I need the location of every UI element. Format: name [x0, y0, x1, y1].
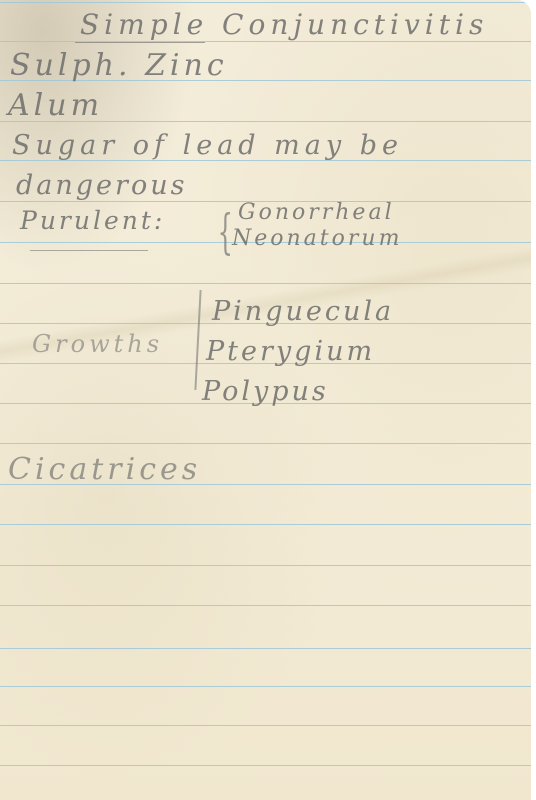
purulent-label: Purulent: [20, 206, 165, 235]
ruled-line [0, 686, 531, 687]
title-underline [75, 42, 205, 43]
purulent-brace: { [218, 204, 233, 260]
note-title: Simple Conjunctivitis [80, 8, 488, 41]
note-line-sulph-zinc: Sulph. Zinc [10, 48, 228, 83]
ruled-line [0, 443, 531, 444]
note-line-sugar-of-lead: Sugar of lead may be [12, 130, 403, 161]
ruled-line [0, 524, 531, 525]
note-line-cicatrices: Cicatrices [8, 452, 201, 487]
ruled-line [0, 2, 531, 3]
purulent-underline [30, 250, 148, 251]
growths-item-pterygium: Pterygium [206, 336, 375, 367]
ruled-line [0, 765, 531, 766]
ruled-line [0, 283, 531, 284]
ruled-line [0, 725, 531, 726]
ruled-line [0, 605, 531, 606]
ruled-line [0, 648, 531, 649]
note-line-alum: Alum [8, 88, 103, 123]
note-line-dangerous: dangerous [16, 170, 187, 201]
growths-brace-line [194, 290, 201, 390]
growths-item-pinguecula: Pinguecula [212, 296, 394, 327]
purulent-item-gonorrheal: Gonorrheal [238, 200, 395, 225]
purulent-item-neonatorum: Neonatorum [232, 226, 402, 251]
notepad-page: Simple Conjunctivitis Sulph. Zinc Alum S… [0, 0, 531, 800]
growths-item-polypus: Polypus [202, 376, 329, 407]
ruled-line [0, 565, 531, 566]
growths-label: Growths [32, 330, 163, 358]
